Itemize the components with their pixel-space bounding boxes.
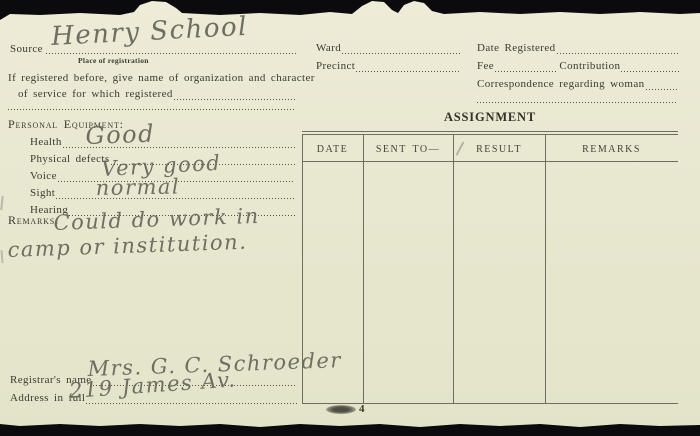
- table-header-date: DATE: [302, 144, 363, 155]
- table-header-underline: [302, 161, 678, 162]
- fee-label: Fee: [477, 60, 494, 72]
- table-top-line-outer: [302, 131, 678, 132]
- sight-handwritten-value: normal: [96, 175, 181, 200]
- fee-ruled-line: [495, 61, 558, 72]
- source-handwritten-value: Henry School: [50, 12, 248, 52]
- registered-before-line2: of service for which registered: [18, 88, 173, 100]
- field-row-health: Health: [30, 136, 296, 148]
- registered-before-ruled-line: [174, 89, 295, 100]
- voice-label: Voice: [30, 170, 57, 182]
- contribution-label: Contribution: [559, 60, 620, 72]
- remarks-label: Remarks:: [8, 213, 59, 228]
- precinct-label: Precinct: [316, 60, 355, 72]
- table-header-remarks: REMARKS: [545, 144, 678, 155]
- page-number: 4: [359, 403, 365, 415]
- correspondence-row: Correspondence regarding woman: [477, 78, 680, 90]
- scanned-card-background: Source Henry School Place of registratio…: [0, 0, 700, 436]
- table-divider-3: [545, 134, 546, 403]
- date-registered-row: Date Registered: [477, 42, 680, 54]
- registered-before-line1: If registered before, give name of organ…: [8, 72, 315, 84]
- precinct-ruled-line: [356, 61, 461, 72]
- pencil-mark: [0, 196, 3, 210]
- ward-row: Ward: [316, 42, 462, 54]
- physical-defects-label: Physical defects: [30, 153, 110, 165]
- table-divider-2: [453, 134, 454, 403]
- registration-card-paper: Source Henry School Place of registratio…: [0, 0, 700, 436]
- printer-ornament-icon: [326, 405, 356, 414]
- health-label: Health: [30, 136, 62, 148]
- correspondence-label: Correspondence regarding woman: [477, 78, 645, 90]
- sight-label: Sight: [30, 187, 55, 199]
- precinct-row: Precinct: [316, 60, 462, 72]
- remarks-handwritten-line2: camp or institution.: [7, 230, 248, 262]
- ward-ruled-line: [342, 43, 461, 54]
- table-left-border: [302, 134, 303, 403]
- source-ruled-line: [46, 53, 296, 54]
- place-of-registration-caption: Place of registration: [78, 56, 149, 65]
- table-top-line-inner: [302, 134, 678, 135]
- correspondence-ruled-line-2: [477, 102, 678, 103]
- correspondence-ruled-line: [646, 79, 679, 90]
- fee-contribution-row: Fee Contribution: [477, 60, 680, 72]
- ward-label: Ward: [316, 42, 341, 54]
- registered-before-line2-row: of service for which registered: [18, 88, 296, 100]
- table-divider-1: [363, 134, 364, 403]
- pencil-mark: [1, 250, 4, 263]
- date-registered-ruled-line: [557, 43, 679, 54]
- separator-ruled-line: [8, 109, 296, 110]
- contribution-ruled-line: [621, 61, 679, 72]
- date-registered-label: Date Registered: [477, 42, 556, 54]
- table-header-sent-to: SENT TO—: [363, 144, 453, 155]
- table-header-row: DATE SENT TO— RESULT REMARKS: [302, 144, 678, 155]
- assignment-heading: ASSIGNMENT: [302, 110, 678, 125]
- health-handwritten-value: Good: [85, 120, 155, 150]
- table-header-result: RESULT: [453, 144, 545, 155]
- source-label: Source: [10, 43, 43, 55]
